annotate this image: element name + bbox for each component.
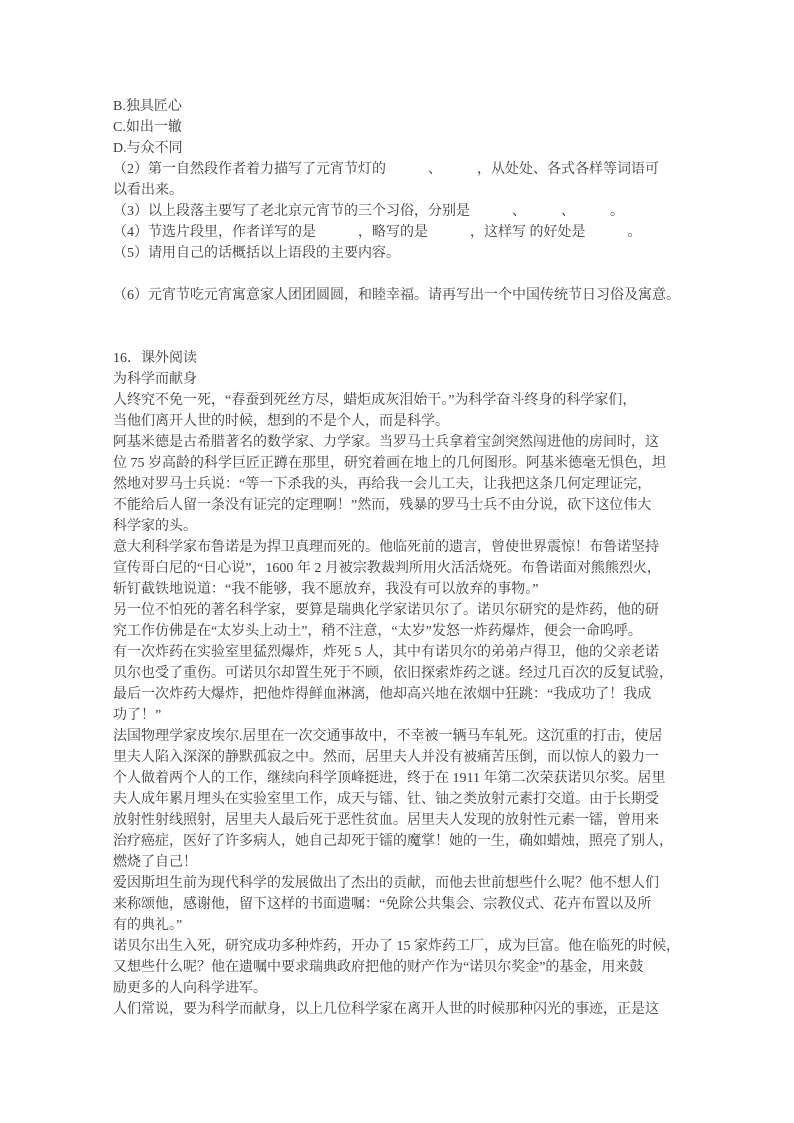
reading-passage-line: 法国物理学家皮埃尔.居里在一次交通事故中，不幸被一辆马车轧死。这沉重的打击，使居 xyxy=(113,726,682,747)
choice-option-line: B.独具匠心 xyxy=(113,96,682,117)
question-line: （6）元宵节吃元宵寓意家人团团圆圆，和睦幸福。请再写出一个中国传统节日习俗及寓意… xyxy=(113,285,682,306)
reading-passage-line: 励更多的人向科学进军。 xyxy=(113,978,682,999)
reading-passage-line: 有一次炸药在实验室里猛烈爆炸，炸死 5 人，其中有诺贝尔的弟弟卢得卫，他的父亲老… xyxy=(113,642,682,663)
reading-passage-line: 又想些什么呢？他在遗嘱中要求瑞典政府把他的财产作为“诺贝尔奖金”的基金，用来鼓 xyxy=(113,957,682,978)
reading-passage-line: 燃烧了自己！ xyxy=(113,852,682,873)
reading-section-heading: 16．课外阅读 xyxy=(113,348,682,369)
exam-content: B.独具匠心C.如出一辙D.与众不同 （2）第一自然段作者着力描写了元宵节灯的 … xyxy=(0,0,794,1020)
reading-passage-line: 不能给后人留一条没有证完的定理啊！”然而，残暴的罗马士兵不由分说，砍下这位伟大 xyxy=(113,495,682,516)
reading-passage-line: 人们常说，要为科学而献身，以上几位科学家在离开人世的时候那种闪光的事迹，正是这 xyxy=(113,999,682,1020)
reading-passage-line: 来称颂他，感谢他，留下这样的书面遗嘱：“免除公共集会、宗教仪式、花卉布置以及所 xyxy=(113,894,682,915)
reading-passage-line: 然地对罗马士兵说：“等一下杀我的头，再给我一会儿工夫，让我把这条几何定理证完， xyxy=(113,474,682,495)
reading-passage-line: 当他们离开人世的时候，想到的不是个人，而是科学。 xyxy=(113,411,682,432)
reading-passage-line: 位 75 岁高龄的科学巨匠正蹲在那里，研究着画在地上的几何图形。阿基米德毫无惧色… xyxy=(113,453,682,474)
reading-passage-line: 究工作仿佛是在“太岁头上动土”，稍不注意，“太岁”发怒一炸药爆炸，便会一命呜呼。 xyxy=(113,621,682,642)
reading-passage-line: 意大利科学家布鲁诺是为捍卫真理而死的。他临死前的遗言，曾使世界震惊！布鲁诺坚持 xyxy=(113,537,682,558)
document-page: B.独具匠心C.如出一辙D.与众不同 （2）第一自然段作者着力描写了元宵节灯的 … xyxy=(0,0,794,1123)
reading-passage-line: 诺贝尔出生入死，研究成功多种炸药，开办了 15 家炸药工厂，成为巨富。他在临死的… xyxy=(113,936,682,957)
reading-passage-line: 宣传哥白尼的“日心说”，1600 年 2 月被宗教裁判所用火活活烧死。布鲁诺面对… xyxy=(113,558,682,579)
reading-passage-line: 功了！” xyxy=(113,705,682,726)
reading-passage-line: 另一位不怕死的著名科学家，要算是瑞典化学家诺贝尔了。诺贝尔研究的是炸药，他的研 xyxy=(113,600,682,621)
choice-option-line: C.如出一辙 xyxy=(113,117,682,138)
reading-passage-line: 放射性射线照射，居里夫人最后死于恶性贫血。居里夫人发现的放射性元素一镭，曾用来 xyxy=(113,810,682,831)
reading-section: 16．课外阅读 为科学而献身 人终究不免一死，“春蚕到死丝方尽，蜡炬成灰泪始干。… xyxy=(113,348,682,1020)
choice-options: B.独具匠心C.如出一辙D.与众不同 xyxy=(113,96,682,159)
choice-option-line: D.与众不同 xyxy=(113,138,682,159)
reading-passage-line: 里夫人陷入深深的静默孤寂之中。然而，居里夫人并没有被痛苦压倒，而以惊人的毅力一 xyxy=(113,747,682,768)
question-line: （4）节选片段里，作者详写的是 ，略写的是 ，这样写 的好处是 。 xyxy=(113,222,682,243)
reading-passage-line: 贝尔也受了重伤。可诺贝尔却置生死于不顾，依旧探索炸药之谜。经过几百次的反复试验， xyxy=(113,663,682,684)
reading-passage-line: 人终究不免一死，“春蚕到死丝方尽，蜡炬成灰泪始干。”为科学奋斗终身的科学家们， xyxy=(113,390,682,411)
question-line: 以看出来。 xyxy=(113,180,682,201)
reading-passage-line: 最后一次炸药大爆炸，把他炸得鲜血淋漓，他却高兴地在浓烟中狂跳：“我成功了！我成 xyxy=(113,684,682,705)
reading-passage-title: 为科学而献身 xyxy=(113,369,682,390)
question-line: （5）请用自己的话概括以上语段的主要内容。 xyxy=(113,243,682,264)
reading-passage-line: 治疗癌症，医好了许多病人，她自己却死于镭的魔掌！她的一生，确如蜡烛，照亮了别人， xyxy=(113,831,682,852)
reading-passage-line: 夫人成年累月埋头在实验室里工作，成天与镭、钍、铀之类放射元素打交道。由于长期受 xyxy=(113,789,682,810)
reading-passage-line: 有的典礼。” xyxy=(113,915,682,936)
reading-passage-line: 阿基米德是古希腊著名的数学家、力学家。当罗马士兵拿着宝剑突然闯进他的房间时，这 xyxy=(113,432,682,453)
question-line: （2）第一自然段作者着力描写了元宵节灯的 、 ，从处处、各式各样等词语可 xyxy=(113,159,682,180)
reading-passage-line: 斩钉截铁地说道：“我不能够，我不愿放弃，我没有可以放弃的事物。” xyxy=(113,579,682,600)
reading-passage-line: 科学家的头。 xyxy=(113,516,682,537)
reading-passage-line: 个人做着两个人的工作，继续向科学顶峰挺进，终于在 1911 年第二次荣获诺贝尔奖… xyxy=(113,768,682,789)
reading-passage-line: 爱因斯坦生前为现代科学的发展做出了杰出的贡献，而他去世前想些什么呢？他不想人们 xyxy=(113,873,682,894)
question-line xyxy=(113,264,682,285)
question-lines: （2）第一自然段作者着力描写了元宵节灯的 、 ，从处处、各式各样等词语可以看出来… xyxy=(113,159,682,306)
question-line: （3）以上段落主要写了老北京元宵节的三个习俗，分别是 、 、 。 xyxy=(113,201,682,222)
reading-passage-body: 人终究不免一死，“春蚕到死丝方尽，蜡炬成灰泪始干。”为科学奋斗终身的科学家们，当… xyxy=(113,390,682,1020)
